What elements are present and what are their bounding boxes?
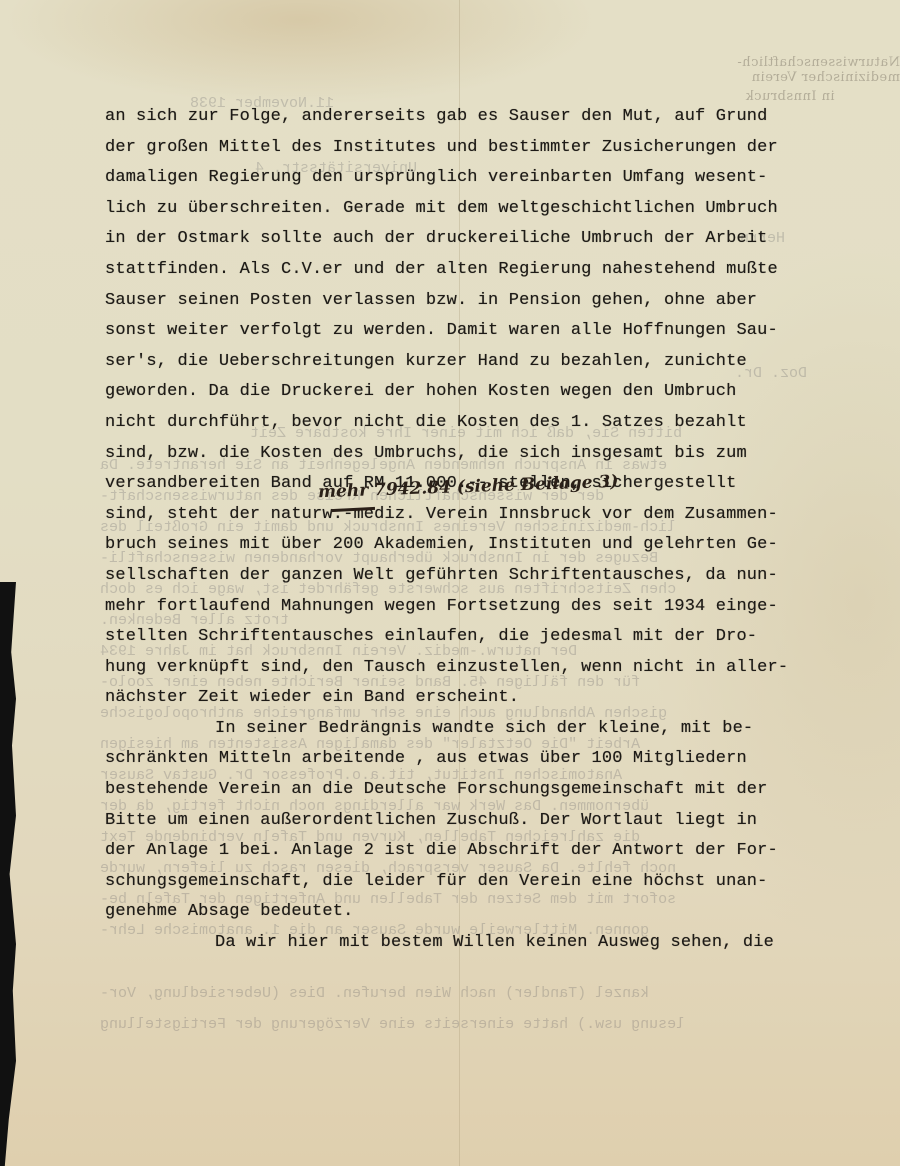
text-line: bruch seines mit über 200 Akademien, Ins…	[105, 530, 805, 561]
text-line: schränkten Mitteln arbeitende , aus etwa…	[105, 744, 805, 775]
text-line: der Anlage 1 bei. Anlage 2 ist die Absch…	[105, 836, 805, 867]
bleed-line: kanzel (Tandler) nach Wien berufen. Dies…	[100, 985, 649, 1002]
text-line: sonst weiter verfolgt zu werden. Damit w…	[105, 316, 805, 347]
text-line: hung verknüpft sind, den Tausch einzuste…	[105, 653, 805, 684]
paragraph-3: Da wir hier mit bestem Willen keinen Aus…	[105, 928, 805, 959]
text-line: mehr fortlaufend Mahnungen wegen Fortset…	[105, 592, 805, 623]
bleed-line: lesung usw.) hatte einerseits eine Verzö…	[100, 1016, 685, 1033]
text-line: der großen Mittel des Institutes und bes…	[105, 133, 805, 164]
paragraph-1: an sich zur Folge, andererseits gab es S…	[105, 102, 805, 714]
document-page: Naturwissenschaftlich-medizinischer Vere…	[0, 0, 900, 1166]
letterhead-line-1: Naturwissenschaftlich-medizinischer Vere…	[737, 55, 900, 85]
text-line: schungsgemeinschaft, die leider für den …	[105, 867, 805, 898]
text-line: lich zu überschreiten. Gerade mit dem we…	[105, 194, 805, 225]
text-line: sind, steht der naturw.-mediz. Verein In…	[105, 500, 805, 531]
text-line: genehme Absage bedeutet.	[105, 897, 805, 928]
text-line: stattfinden. Als C.V.er und der alten Re…	[105, 255, 805, 286]
text-line: in der Ostmark sollte auch der druckerei…	[105, 224, 805, 255]
text-line: Sauser seinen Posten verlassen bzw. in P…	[105, 286, 805, 317]
typed-letter-body: an sich zur Folge, andererseits gab es S…	[105, 102, 805, 959]
text-line: nicht durchführt, bevor nicht die Kosten…	[105, 408, 805, 439]
text-line: Bitte um einen außerordentlichen Zuschuß…	[105, 806, 805, 837]
text-line: damaligen Regierung den ursprünglich ver…	[105, 163, 805, 194]
paragraph-2: In seiner Bedrängnis wandte sich der kle…	[105, 714, 805, 928]
text-line: bestehende Verein an die Deutsche Forsch…	[105, 775, 805, 806]
text-line: stellten Schriftentausches einlaufen, di…	[105, 622, 805, 653]
torn-paper-edge	[0, 582, 16, 1166]
text-line: Da wir hier mit bestem Willen keinen Aus…	[105, 928, 805, 959]
letterhead-bleed-through: Naturwissenschaftlich-medizinischer Vere…	[680, 55, 900, 104]
text-line: sind, bzw. die Kosten des Umbruchs, die …	[105, 439, 805, 470]
text-line: In seiner Bedrängnis wandte sich der kle…	[105, 714, 805, 745]
text-line: ser's, die Ueberschreitungen kurzer Hand…	[105, 347, 805, 378]
text-line: sellschaften der ganzen Welt geführten S…	[105, 561, 805, 592]
text-line: an sich zur Folge, andererseits gab es S…	[105, 102, 805, 133]
text-line: geworden. Da die Druckerei der hohen Kos…	[105, 377, 805, 408]
text-line: nächster Zeit wieder ein Band erscheint.	[105, 683, 805, 714]
